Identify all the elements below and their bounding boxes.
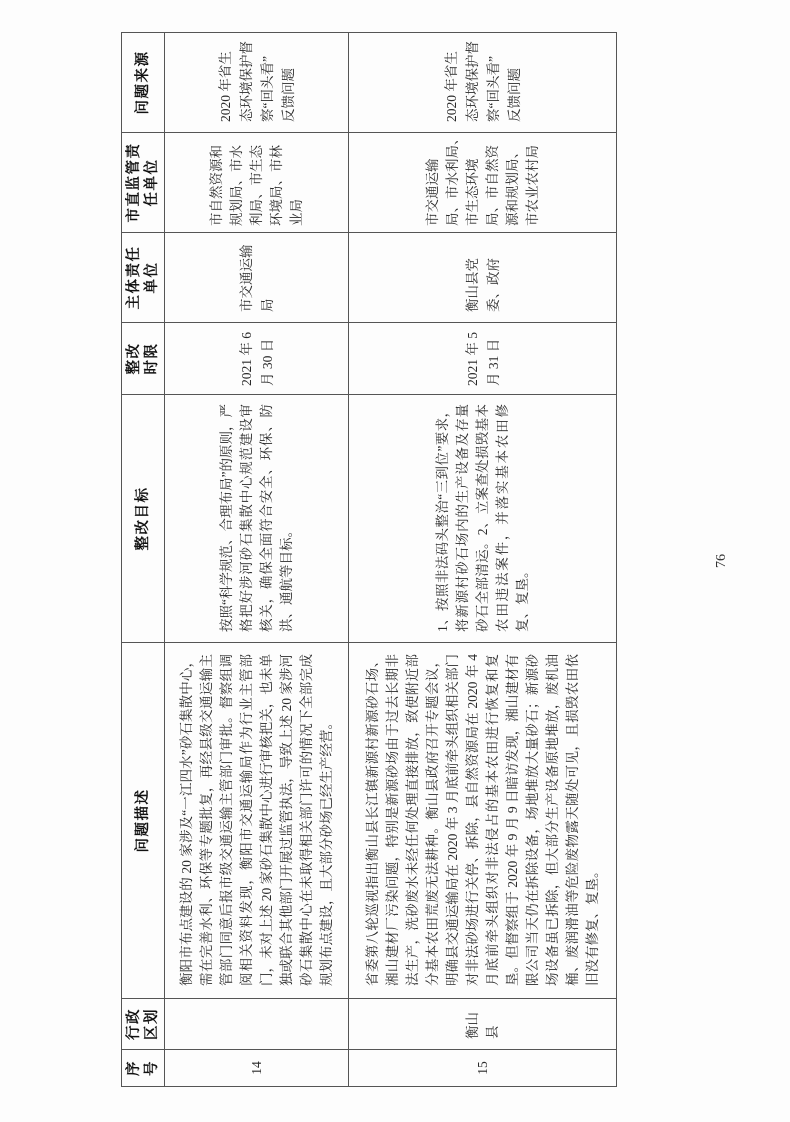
- document-page: 序 号 行政 区划 问题描述 整改目标 整改 时限 主体责任 单位 市直监管责 …: [0, 0, 790, 1122]
- header-responsible-unit: 主体责任 单位: [122, 233, 165, 323]
- cell-supervising-unit: 市自然资源和 规划局、市水 利局、市生态 环境局、市林 业局: [165, 133, 349, 233]
- header-seq: 序 号: [122, 1050, 165, 1087]
- cell-responsible-unit: 衡山县党 委、政府: [349, 233, 617, 323]
- cell-supervising-unit: 市交通运输 局、市水利局、 市生态环境 局、市自然资 源和规划局、 市农业农村局: [349, 133, 617, 233]
- cell-responsible-unit: 市交通运输 局: [165, 233, 349, 323]
- cell-deadline: 2021 年 5 月 31 日: [349, 323, 617, 395]
- header-deadline: 整改 时限: [122, 323, 165, 395]
- header-source: 问题来源: [122, 33, 165, 133]
- page-number: 76: [714, 0, 730, 1122]
- cell-source: 2020 年省生 态环境保护督 察“回头看” 反馈问题: [165, 33, 349, 133]
- cell-source: 2020 年省生 态环境保护督 察“回头看” 反馈问题: [349, 33, 617, 133]
- cell-description: 省委第八轮巡视指出衡山县长江镇新源村新源砂石场、湘山建材厂污染问题，特别是新源砂…: [349, 643, 617, 999]
- cell-region: 衡山 县: [349, 999, 617, 1050]
- header-row: 序 号 行政 区划 问题描述 整改目标 整改 时限 主体责任 单位 市直监管责 …: [122, 33, 165, 1087]
- cell-description: 衡阳市布点建设的 20 家涉及“一江四水”砂石集散中心，需在完善水利、环保等专题…: [165, 643, 349, 999]
- cell-region: [165, 999, 349, 1050]
- table-row: 14 衡阳市布点建设的 20 家涉及“一江四水”砂石集散中心，需在完善水利、环保…: [165, 33, 349, 1087]
- cell-target: 1、按照非法码头整治“三到位”要求，将新源村砂石场内的生产设备及存量砂石全部清运…: [349, 395, 617, 643]
- header-supervising-unit: 市直监管责 任单位: [122, 133, 165, 233]
- header-description: 问题描述: [122, 643, 165, 999]
- cell-target: 按照“科学规范、合理布局”的原则，严格把好涉河砂石集散中心规范建设审核关，确保全…: [165, 395, 349, 643]
- table-row: 15 衡山 县 省委第八轮巡视指出衡山县长江镇新源村新源砂石场、湘山建材厂污染问…: [349, 33, 617, 1087]
- cell-seq: 14: [165, 1050, 349, 1087]
- cell-seq: 15: [349, 1050, 617, 1087]
- rectification-table: 序 号 行政 区划 问题描述 整改目标 整改 时限 主体责任 单位 市直监管责 …: [121, 32, 617, 1087]
- header-region: 行政 区划: [122, 999, 165, 1050]
- cell-deadline: 2021 年 6 月 30 日: [165, 323, 349, 395]
- header-target: 整改目标: [122, 395, 165, 643]
